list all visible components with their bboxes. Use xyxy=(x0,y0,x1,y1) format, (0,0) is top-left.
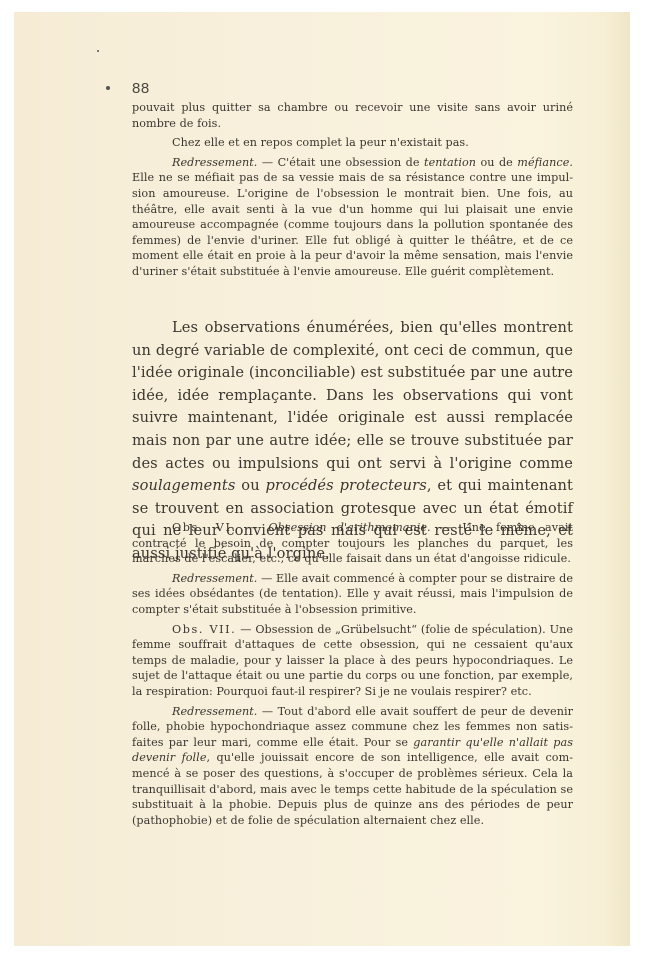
observation-label: Obs. VI. xyxy=(172,521,237,534)
ink-speck xyxy=(106,86,110,90)
redressement-paragraph: Redressement. — Elle avait commencé à co… xyxy=(132,571,573,618)
page-number: 88 xyxy=(132,80,150,97)
redressement-paragraph: Redressement. — Tout d'abord elle avait … xyxy=(132,704,573,829)
redressement-label: Redressement. xyxy=(172,156,257,169)
redressement-paragraph: Redressement. — C'était une obsession de… xyxy=(132,155,573,280)
redressement-label: Redressement. xyxy=(172,572,257,585)
redressement-label: Redressement. xyxy=(172,705,257,718)
observation-continuation: pouvait plus quitter sa chambre ou recev… xyxy=(132,100,573,280)
ink-speck xyxy=(97,50,99,52)
paragraph: pouvait plus quitter sa chambre ou recev… xyxy=(132,100,573,131)
observation-vii: Obs. VII. — Obsession de „Grübelsucht“ (… xyxy=(132,622,573,700)
observations-section: Obs. VI. — Obsession d'arithmomanie. — U… xyxy=(132,520,573,828)
book-page: 88 pouvait plus quitter sa chambre ou re… xyxy=(14,12,630,946)
observation-vi: Obs. VI. — Obsession d'arithmomanie. — U… xyxy=(132,520,573,567)
paragraph: Chez elle et en repos complet la peur n'… xyxy=(132,135,573,151)
observation-label: Obs. VII. xyxy=(172,623,236,636)
